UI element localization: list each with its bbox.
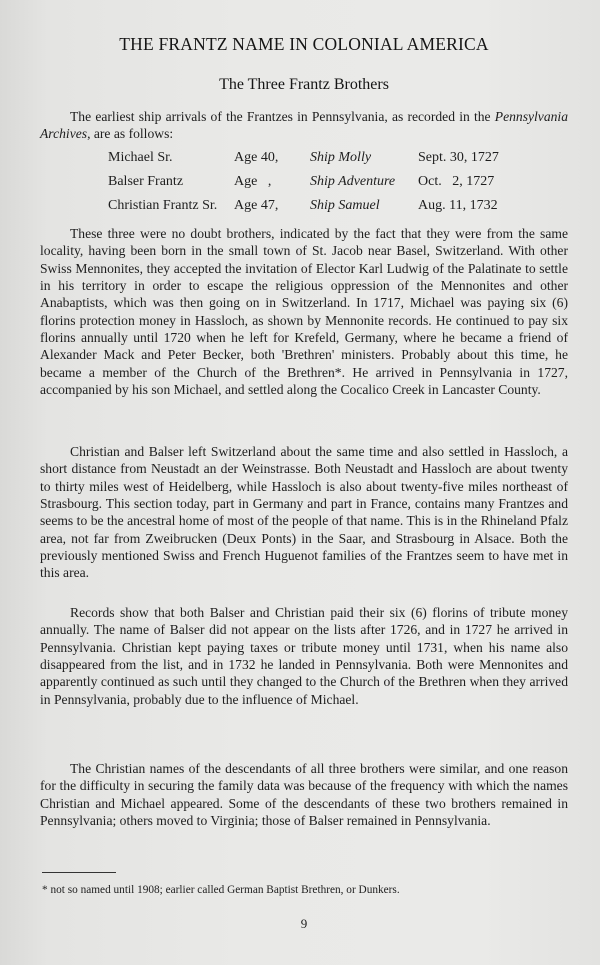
- arrival-date: Sept. 30, 1727: [418, 150, 499, 166]
- book-page: THE FRANTZ NAME IN COLONIAL AMERICA The …: [40, 0, 568, 965]
- arrival-ship: Ship Adventure: [310, 174, 395, 190]
- page-number: 9: [40, 916, 568, 932]
- arrival-ship: Ship Samuel: [310, 198, 380, 214]
- arrival-row: Balser Frantz Age , Ship Adventure Oct. …: [108, 174, 568, 198]
- body-paragraph-records: Records show that both Balser and Christ…: [40, 604, 568, 708]
- ship-arrivals-table: Michael Sr. Age 40, Ship Molly Sept. 30,…: [108, 150, 568, 222]
- intro-text: The earliest ship arrivals of the Frantz…: [70, 109, 495, 124]
- body-paragraph-hassloch: Christian and Balser left Switzerland ab…: [40, 443, 568, 582]
- arrival-age: Age ,: [234, 174, 271, 190]
- arrival-name: Balser Frantz: [108, 174, 183, 190]
- arrival-date: Aug. 11, 1732: [418, 198, 498, 214]
- arrival-row: Christian Frantz Sr. Age 47, Ship Samuel…: [108, 198, 568, 222]
- section-subtitle: The Three Frantz Brothers: [40, 76, 568, 94]
- arrival-ship: Ship Molly: [310, 150, 371, 166]
- body-paragraph-brothers: These three were no doubt brothers, indi…: [40, 225, 568, 398]
- arrival-age: Age 40,: [234, 150, 278, 166]
- body-paragraph-descendants: The Christian names of the descendants o…: [40, 760, 568, 829]
- footnote-divider: [42, 872, 116, 873]
- intro-text-end: , are as follows:: [87, 126, 173, 141]
- arrival-age: Age 47,: [234, 198, 278, 214]
- footnote: * not so named until 1908; earlier calle…: [42, 884, 562, 896]
- arrival-row: Michael Sr. Age 40, Ship Molly Sept. 30,…: [108, 150, 568, 174]
- arrival-name: Michael Sr.: [108, 150, 173, 166]
- arrival-name: Christian Frantz Sr.: [108, 198, 217, 214]
- chapter-title: THE FRANTZ NAME IN COLONIAL AMERICA: [40, 34, 568, 55]
- arrival-date: Oct. 2, 1727: [418, 174, 494, 190]
- intro-paragraph: The earliest ship arrivals of the Frantz…: [40, 108, 568, 142]
